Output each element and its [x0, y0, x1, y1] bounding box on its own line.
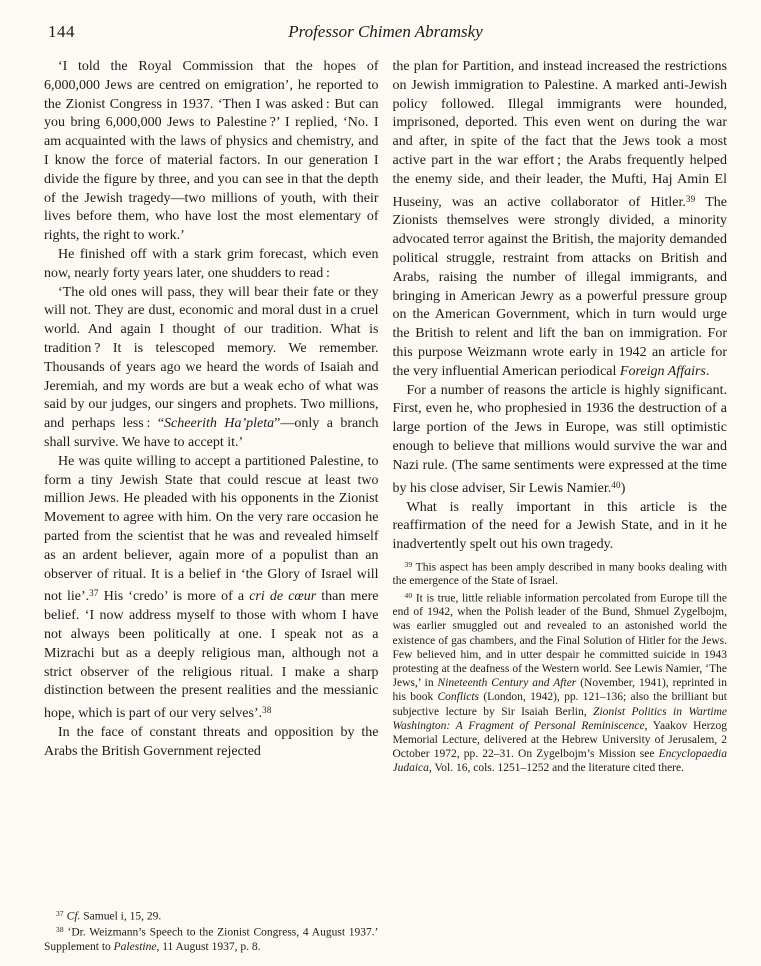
italic-text: Nineteenth Century and After [438, 677, 577, 689]
text-segment: . [706, 364, 710, 379]
text-segment: ‘The old ones will pass, they will bear … [44, 285, 379, 432]
footnote-marker: 39 [686, 194, 695, 204]
italic-text: Foreign Affairs [620, 364, 706, 379]
text-segment: , 11 August 1937, p. 8. [156, 941, 260, 953]
italic-text: Palestine [114, 941, 157, 953]
paragraph: the plan for Partition, and instead incr… [393, 58, 728, 382]
text-segment: the plan for Partition, and instead incr… [393, 59, 728, 210]
paragraph: In the face of constant threats and oppo… [44, 724, 379, 762]
footnote-marker: 37 [56, 909, 64, 918]
paragraph: He was quite willing to accept a partiti… [44, 453, 379, 724]
paragraph: For a number of reasons the article is h… [393, 382, 728, 499]
left-column-body: ‘I told the Royal Commission that the ho… [44, 58, 379, 762]
running-title: Professor Chimen Abramsky [44, 22, 727, 42]
book-page: 144 Professor Chimen Abramsky ‘I told th… [0, 0, 761, 966]
italic-text: Conflicts [438, 691, 480, 703]
right-column-footnotes: 39 This aspect has been amply described … [393, 558, 728, 776]
text-segment: , Vol. 16, cols. 1251–1252 and the liter… [429, 762, 684, 774]
left-column-footnotes: 37 Cf. Samuel i, 15, 29.38 ‘Dr. Weizmann… [44, 907, 379, 958]
paragraph: ‘I told the Royal Commission that the ho… [44, 58, 379, 246]
footnote-marker: 38 [56, 925, 64, 934]
text-segment: What is really important in this article… [393, 500, 728, 553]
running-head: 144 Professor Chimen Abramsky [44, 22, 727, 46]
right-column: the plan for Partition, and instead incr… [393, 58, 728, 958]
text-segment: His ‘credo’ is more of a [99, 589, 250, 604]
italic-text: Scheerith Ha’pleta [164, 416, 274, 431]
right-column-body: the plan for Partition, and instead incr… [393, 58, 728, 555]
text-segment: For a number of reasons the article is h… [393, 383, 728, 496]
text-segment: Samuel i, 15, 29. [80, 910, 161, 922]
text-segment: The Zionists themselves were strongly di… [393, 195, 728, 379]
footnote: 40 It is true, little reliable informati… [393, 589, 728, 776]
text-segment: ) [621, 481, 626, 496]
left-column: ‘I told the Royal Commission that the ho… [44, 58, 379, 958]
paragraph: ‘The old ones will pass, they will bear … [44, 284, 379, 453]
text-segment: This aspect has been amply described in … [393, 561, 728, 587]
text-segment: In the face of constant threats and oppo… [44, 725, 379, 759]
italic-text: cri de cœur [249, 589, 316, 604]
footnote: 37 Cf. Samuel i, 15, 29. [44, 907, 379, 924]
footnote-marker: 37 [89, 588, 98, 598]
text-segment: than mere belief. ‘I now address myself … [44, 589, 379, 721]
text-segment: ‘I told the Royal Commission that the ho… [44, 59, 379, 243]
paragraph: He finished off with a stark grim foreca… [44, 246, 379, 284]
paragraph: What is really important in this article… [393, 499, 728, 555]
footnote-marker: 40 [611, 480, 620, 490]
text-segment: He finished off with a stark grim foreca… [44, 247, 379, 281]
text-segment: It is true, little reliable information … [393, 592, 728, 689]
text-segment: He was quite willing to accept a partiti… [44, 454, 379, 605]
footnote: 39 This aspect has been amply described … [393, 558, 728, 589]
italic-text: Cf. [67, 910, 81, 922]
footnote-marker: 38 [262, 705, 271, 715]
footnote: 38 ‘Dr. Weizmann’s Speech to the Zionist… [44, 923, 379, 954]
text-columns: ‘I told the Royal Commission that the ho… [44, 58, 727, 958]
